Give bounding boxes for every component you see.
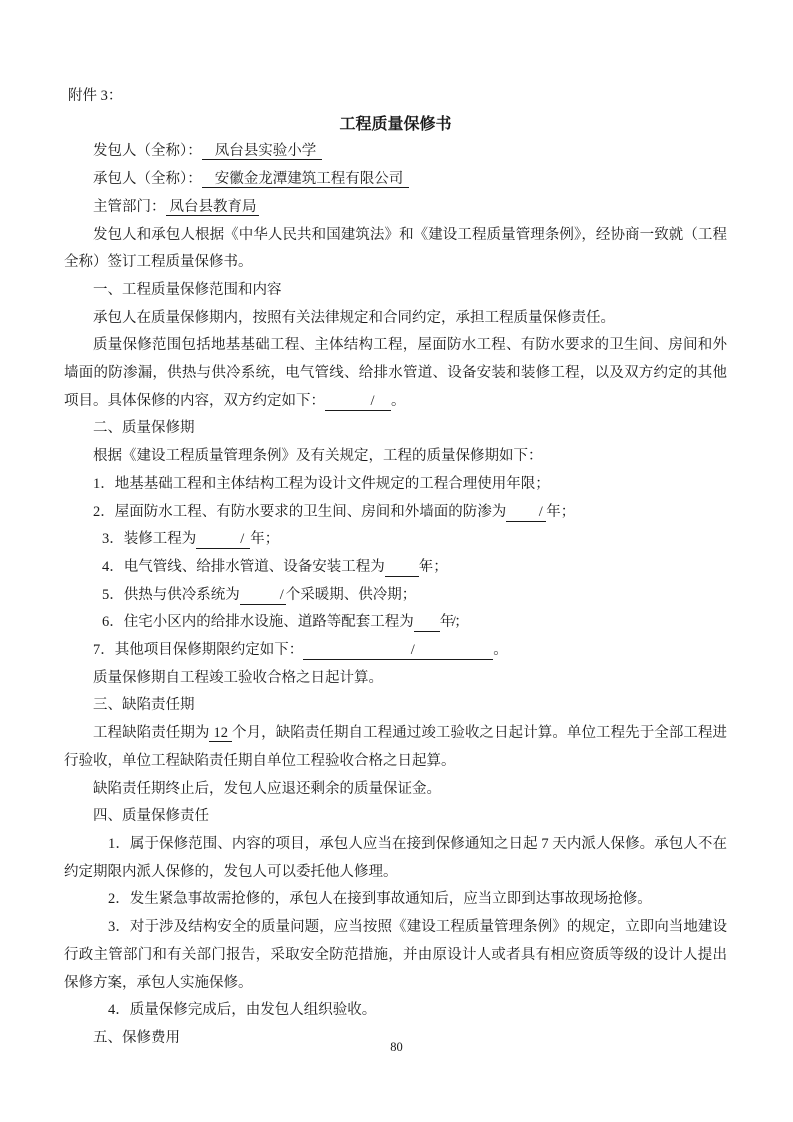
contractor-label: 承包人（全称）： [93, 171, 202, 187]
section3-paragraph2: 缺陷责任期终止后，发包人应退还剩余的质量保证金。 [64, 776, 727, 804]
warranty-item-5: 5．供热与供冷系统为/个采暖期、供冷期； [64, 582, 727, 610]
section1-paragraph1: 承包人在质量保修期内，按照有关法律规定和合同约定，承担工程质量保修责任。 [64, 305, 727, 333]
section1-paragraph2-period: 。 [391, 393, 406, 409]
section3-paragraph1: 工程缺陷责任期为12个月，缺陷责任期自工程通过竣工验收之日起计算。单位工程先于全… [64, 720, 727, 775]
authority-label: 主管部门： [93, 199, 166, 215]
responsibility-item-2: 2．发生紧急事故需抢修的，承包人在接到事故通知后，应当立即到达事故现场抢修。 [64, 886, 727, 914]
section2-heading: 二、质量保修期 [64, 415, 727, 443]
section3-heading: 三、缺陷责任期 [64, 692, 727, 720]
responsibility-item-3: 3．对于涉及结构安全的质量问题，应当按照《建设工程质量管理条例》的规定，立即向当… [64, 914, 727, 997]
section1-heading: 一、工程质量保修范围和内容 [64, 277, 727, 305]
warranty-item-6-suffix: 年； [440, 614, 469, 630]
section4-heading: 四、质量保修责任 [64, 803, 727, 831]
fill-in-blank-years-2: / [506, 505, 546, 522]
contractor-value: 安徽金龙潭建筑工程有限公司 [202, 171, 410, 188]
warranty-item-3: 3．装修工程为/年； [64, 526, 727, 554]
warranty-item-2-suffix: 年； [546, 504, 575, 520]
warranty-item-7: 7．其他项目保修期限约定如下：/。 [64, 637, 727, 665]
fill-in-blank-other-7: / [303, 643, 493, 660]
warranty-item-4-suffix: 年； [419, 559, 448, 575]
document-content: 附件 3： 工程质量保修书 发包人（全称）：凤台县实验小学 承包人（全称）：安徽… [64, 83, 727, 1053]
warranty-item-2-text: 2．屋面防水工程、有防水要求的卫生间、房间和外墙面的防渗为 [93, 504, 506, 520]
fill-in-blank-years-3: / [196, 532, 250, 549]
warranty-item-4-text: 4．电气管线、给排水管道、设备安装工程为 [102, 559, 385, 575]
warranty-item-7-text: 7．其他项目保修期限约定如下： [93, 642, 303, 658]
party-authority-line: 主管部门：凤台县教育局 [64, 194, 727, 222]
section2-paragraph1: 根据《建设工程质量管理条例》及有关规定，工程的质量保修期如下： [64, 443, 727, 471]
fill-in-blank-periods-5: / [240, 588, 286, 605]
warranty-item-3-text: 3．装修工程为 [102, 531, 196, 547]
defect-liability-months-value: 12 [209, 725, 232, 742]
fill-in-blank-years-4: / [385, 560, 419, 577]
warranty-item-5-suffix: 个采暖期、供冷期； [286, 587, 417, 603]
intro-paragraph: 发包人和承包人根据《中华人民共和国建筑法》和《建设工程质量管理条例》，经协商一致… [64, 222, 727, 277]
attachment-label: 附件 3： [64, 83, 727, 111]
document-page: 附件 3： 工程质量保修书 发包人（全称）：凤台县实验小学 承包人（全称）：安徽… [0, 0, 793, 1122]
section1-paragraph2: 质量保修范围包括地基基础工程、主体结构工程，屋面防水工程、有防水要求的卫生间、房… [64, 332, 727, 415]
page-number: 80 [0, 1038, 793, 1056]
warranty-item-5-text: 5．供热与供冷系统为 [102, 587, 240, 603]
warranty-item-1: 1．地基基础工程和主体结构工程为设计文件规定的工程合理使用年限； [64, 471, 727, 499]
warranty-item-2: 2．屋面防水工程、有防水要求的卫生间、房间和外墙面的防渗为/年； [64, 499, 727, 527]
warranty-item-7-suffix: 。 [493, 642, 508, 658]
warranty-item-6-text: 6．住宅小区内的给排水设施、道路等配套工程为 [102, 614, 414, 630]
fill-in-blank-years-6: / [414, 615, 440, 632]
fill-in-blank-content: / [325, 394, 391, 411]
employer-label: 发包人（全称）： [93, 143, 202, 159]
responsibility-item-4: 4．质量保修完成后，由发包人组织验收。 [64, 997, 727, 1025]
party-employer-line: 发包人（全称）：凤台县实验小学 [64, 138, 727, 166]
warranty-item-4: 4．电气管线、给排水管道、设备安装工程为/年； [64, 554, 727, 582]
party-contractor-line: 承包人（全称）：安徽金龙潭建筑工程有限公司 [64, 166, 727, 194]
employer-value: 凤台县实验小学 [202, 143, 323, 160]
warranty-item-6: 6．住宅小区内的给排水设施、道路等配套工程为/年； [64, 609, 727, 637]
warranty-item-3-suffix: 年； [250, 531, 279, 547]
responsibility-item-1: 1．属于保修范围、内容的项目，承包人应当在接到保修通知之日起 7 天内派人保修。… [64, 831, 727, 886]
authority-value: 凤台县教育局 [166, 199, 259, 216]
section2-paragraph2: 质量保修期自工程竣工验收合格之日起计算。 [64, 665, 727, 693]
section3-paragraph1-prefix: 工程缺陷责任期为 [93, 725, 209, 741]
document-title: 工程质量保修书 [64, 111, 727, 139]
